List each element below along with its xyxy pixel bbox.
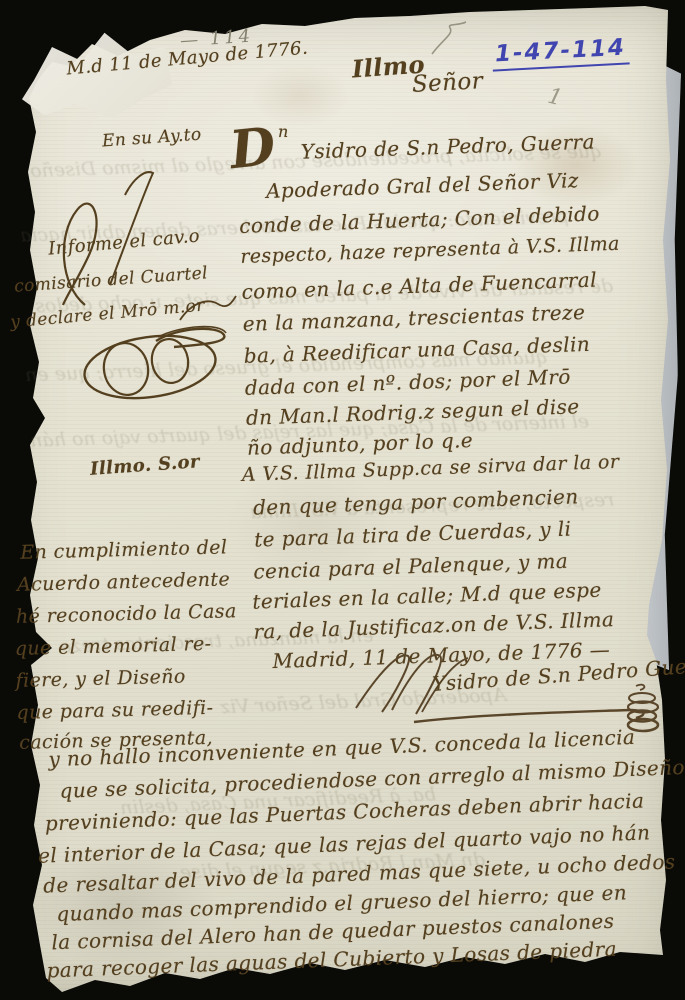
report-margin-line: fiere, y el Diseño (15, 666, 186, 692)
margin-oval-rubric (78, 325, 228, 403)
pencil-squiggle-mark (424, 20, 469, 58)
petition-initial: D (227, 116, 279, 181)
petition-initial-superscript: n (278, 122, 289, 141)
margin-decree-rubric (178, 292, 238, 326)
salutation-senor: Señor (411, 68, 483, 98)
